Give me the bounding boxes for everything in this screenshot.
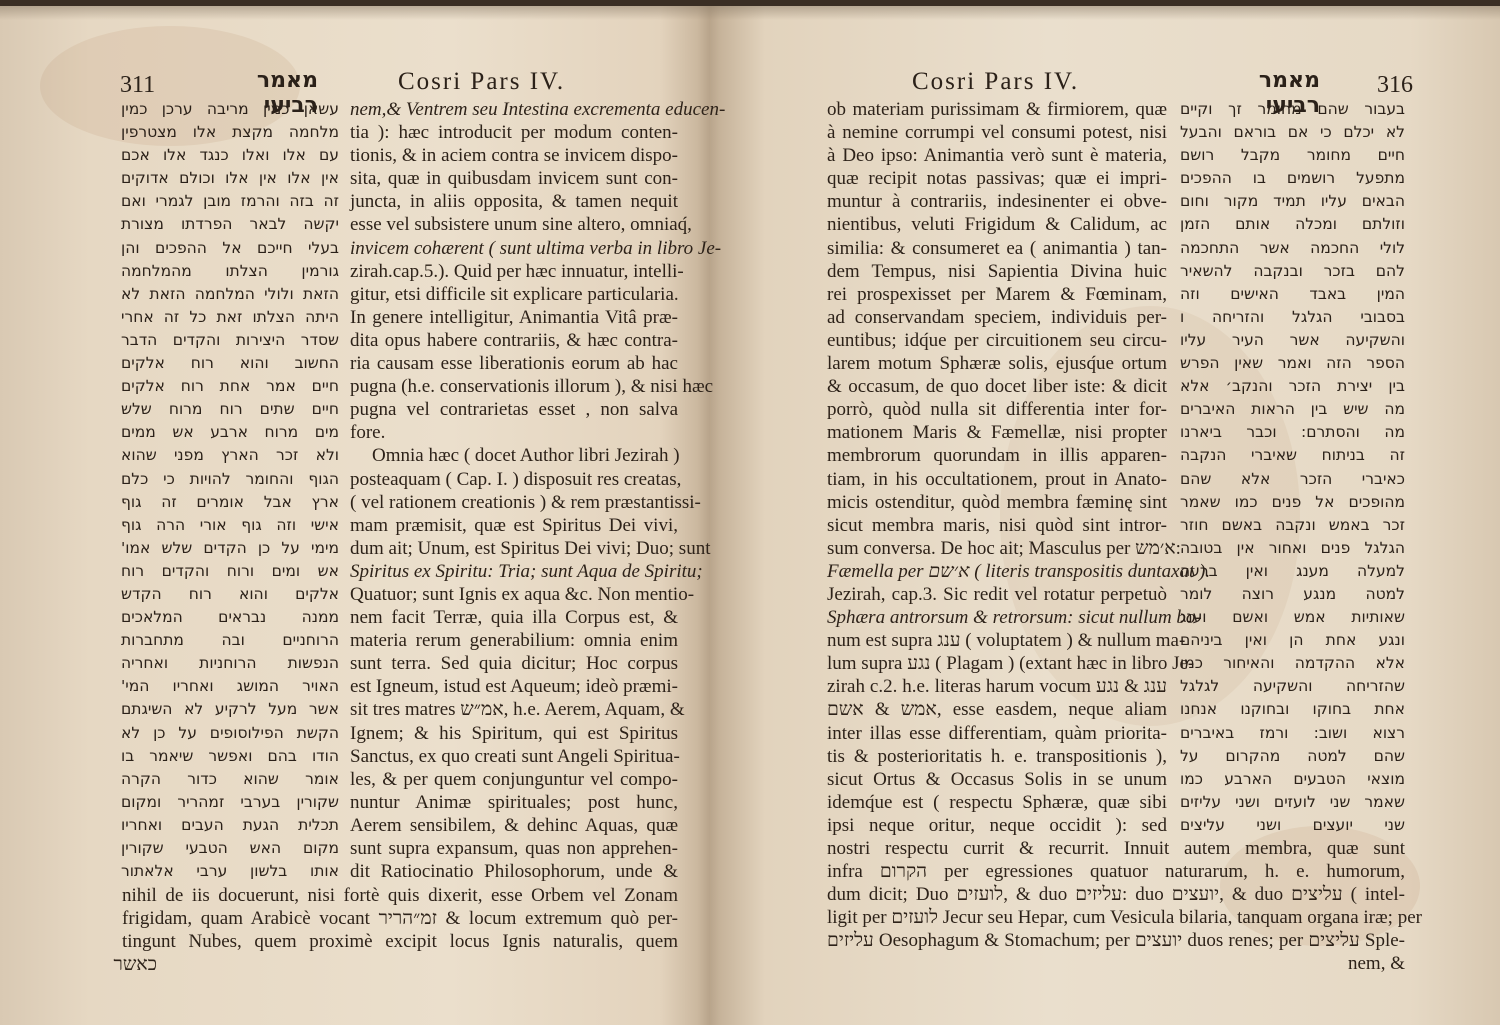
text-line: מקום האש הטבעי שקורין bbox=[121, 837, 339, 860]
text-line: Ignem; & his Spiritum, qui est Spiritus bbox=[350, 722, 678, 745]
text-line: אומר שהוא כדור הקרה bbox=[121, 768, 339, 791]
text-line: שקורין בערבי זמהריר ומקום bbox=[121, 791, 339, 814]
text-line: ria causam esse liberationis eorum ab ha… bbox=[350, 352, 678, 375]
text-line: tionis, & in aciem contra se invicem dis… bbox=[350, 144, 678, 167]
text-line: sunt terra. Sed quia dicitur; Hoc corpus bbox=[350, 652, 678, 675]
text-line: ארץ אבל אומרים זה גוף bbox=[121, 491, 339, 514]
text-line: למטה מנגע רוצה לומר bbox=[1180, 583, 1405, 606]
text-line: invicem cohærent ( sunt ultima verba in … bbox=[350, 237, 678, 260]
text-line: juncta, in aliis opposita, & tamen nequi… bbox=[350, 190, 678, 213]
text-line: מהופכים אל פנים כמו שאמר bbox=[1180, 491, 1405, 514]
text-line: וזולתם ומכלה אותם הזמן bbox=[1180, 213, 1405, 236]
text-line: Quatuor; sunt Ignis ex aqua &c. Non ment… bbox=[350, 583, 678, 606]
text-line: אמש & אשם, esse easdem, neque aliam bbox=[827, 698, 1167, 721]
text-line: micis ostenditur, quòd membra fæminę sin… bbox=[827, 491, 1167, 514]
text-line: Fæmella per א׳שם ( literis transpositis … bbox=[827, 560, 1167, 583]
text-line: הספר הזה ואמר שאין הפרש bbox=[1180, 352, 1405, 375]
text-line: אין אלו אין אלו וכולם אדוקים bbox=[121, 167, 339, 190]
text-line: pugna vel contrarietas esset , non salva bbox=[350, 398, 678, 421]
page-number: 311 bbox=[120, 72, 155, 99]
text-line: gitur, etsi difficile sit explicare part… bbox=[350, 283, 678, 306]
text-line: Sanctus, ex quo creati sunt Angeli Spiri… bbox=[350, 745, 678, 768]
right-page: Cosri Pars IV. מאמר רביעי 316 ob materia… bbox=[730, 6, 1500, 1025]
text-line: בין יצירת הזכר והנקב׳ אלא bbox=[1180, 375, 1405, 398]
text-line: Jezirah, cap.3. Sic redit vel rotatur pe… bbox=[827, 583, 1167, 606]
text-line: חיים אמר אחת רוח אלקים bbox=[121, 375, 339, 398]
text-line: שסדר היצירות והקדים הדבר bbox=[121, 329, 339, 352]
text-line: אלא ההקדמה והאיחור כמו bbox=[1180, 652, 1405, 675]
text-line: מוצאי הטבעים הארבע כמו bbox=[1180, 768, 1405, 791]
text-line: nihil de iis docuerunt, nisi fortè quis … bbox=[122, 884, 678, 907]
latin-column: nem,& Ventrem seu Intestina excrementa e… bbox=[350, 98, 678, 883]
text-line: לא יכלם כי אם בוראם והבעל bbox=[1180, 121, 1405, 144]
text-line: ligit per לועזים Jecur seu Hepar, cum Ve… bbox=[827, 906, 1405, 929]
latin-column: ob materiam purissimam & firmiorem, quæà… bbox=[827, 98, 1167, 837]
text-line: nostri respectu currit & recurrit. Innui… bbox=[827, 837, 1405, 860]
text-line: הודו בהם ואפשר שיאמר בו bbox=[121, 745, 339, 768]
text-line: החשוב והוא רוח אלקים bbox=[121, 352, 339, 375]
text-line: dem Tempus, nisi Sapientia Divina huic bbox=[827, 260, 1167, 283]
text-line: שאותיות אמש ואשם וענג bbox=[1180, 606, 1405, 629]
running-head: Cosri Pars IV. bbox=[912, 68, 1079, 96]
text-line: הגלגל פנים ואחור אין בטובה bbox=[1180, 537, 1405, 560]
text-line: זה בזה והרמז מובן לגמרי ואם bbox=[121, 190, 339, 213]
text-line: esse vel subsistere unum sine altero, om… bbox=[350, 213, 678, 236]
text-line: ונגע אחת הן ואין ביניהם bbox=[1180, 629, 1405, 652]
text-line: הגוף והחומר להויות כי כלם bbox=[121, 468, 339, 491]
text-line: dum ait; Unum, est Spiritus Dei vivi; Du… bbox=[350, 537, 678, 560]
left-page: 311 מאמר רביעי Cosri Pars IV. עשאן כמין … bbox=[0, 6, 710, 1025]
text-line: אחת בחוקו ובחוקנו אנחנו bbox=[1180, 698, 1405, 721]
text-line: אישי וזה גוף אורי הרה גוף bbox=[121, 514, 339, 537]
text-line: euntibus; idq́ue per circuitionem seu ci… bbox=[827, 329, 1167, 352]
text-line: zirah c.2. h.e. literas harum vocum ענג … bbox=[827, 675, 1167, 698]
text-line: אותו בלשון ערבי אלאתור bbox=[121, 860, 339, 883]
text-line: ממנה נבראים המלאכים bbox=[121, 606, 339, 629]
text-line: tis & posterioritatis h. e. transpositio… bbox=[827, 745, 1167, 768]
text-line: & occasum, de quo docet liber iste: & di… bbox=[827, 375, 1167, 398]
text-line: nientibus, veluti Frigidum & Calidum, ac bbox=[827, 213, 1167, 236]
text-line: אלקים והוא רוח הקדש bbox=[121, 583, 339, 606]
text-line: הרוחניים ובה מתחברות bbox=[121, 629, 339, 652]
text-line: zirah.cap.5.). Quid per hæc innuatur, in… bbox=[350, 260, 678, 283]
text-line: nem facit Terræ, quia illa Corpus est, & bbox=[350, 606, 678, 629]
text-line: frigidam, quam Arabicè vocant זמ״הריר & … bbox=[122, 907, 678, 930]
text-line: sit tres matres אמ״ש, h.e. Aerem, Aquam,… bbox=[350, 698, 678, 721]
text-line: dum dicit; Duo לועזים, & duo עליזים: duo… bbox=[827, 883, 1405, 906]
text-line: להם בזכר ובנקבה להשאיר bbox=[1180, 260, 1405, 283]
text-line: גורמין הצלתו מהמלחמה bbox=[121, 260, 339, 283]
text-line: infra הקרום per egressiones quatuor natu… bbox=[827, 860, 1405, 883]
text-line: dita opus habere contrariis, & hæc contr… bbox=[350, 329, 678, 352]
text-line: num est supra ענג ( voluptatem ) & nullu… bbox=[827, 629, 1167, 652]
text-line: ( vel rationem creationis ) & rem præsta… bbox=[350, 491, 678, 514]
hebrew-column: עשאן כמין מריבה ערכן כמיןמלחמה מקצת אלו … bbox=[121, 98, 339, 883]
text-line: הבאים עליו תמיד מקור וחום bbox=[1180, 190, 1405, 213]
text-line: nuntur Animæ spirituales; post hunc, bbox=[350, 791, 678, 814]
text-line: עשאן כמין מריבה ערכן כמין bbox=[121, 98, 339, 121]
text-line: In genere intelligitur, Animantia Vitâ p… bbox=[350, 306, 678, 329]
hebrew-column: בעבור שהם מחומר זך וקייםלא יכלם כי אם בו… bbox=[1180, 98, 1405, 837]
text-line: המין באבד האישים וזה bbox=[1180, 283, 1405, 306]
text-line: sunt supra expansum, quas non apprehen- bbox=[350, 837, 678, 860]
text-line: מלחמה מקצת אלו מצטרפין bbox=[121, 121, 339, 144]
text-line: רצוא ושוב: ורמז באיברים bbox=[1180, 722, 1405, 745]
text-line: à Deo ipso: Animantia verò sunt è materi… bbox=[827, 144, 1167, 167]
page-number: 316 bbox=[1377, 72, 1413, 99]
text-line: muntur à contrariis, indesinenter ei obv… bbox=[827, 190, 1167, 213]
text-line: ולא זכר הארץ מפני שהוא bbox=[121, 444, 339, 467]
running-head: Cosri Pars IV. bbox=[398, 68, 565, 96]
text-line: מים מרוח ארבע אש ממים bbox=[121, 421, 339, 444]
text-line: nem, & bbox=[827, 952, 1405, 975]
text-line: ob materiam purissimam & firmiorem, quæ bbox=[827, 98, 1167, 121]
text-line: quæ recipit notas passivas; quæ ei impri… bbox=[827, 167, 1167, 190]
text-line: dit Ratiocinatio Philosophorum, unde & bbox=[350, 860, 678, 883]
text-line: חיים שתים רוח מרוח שלש bbox=[121, 398, 339, 421]
text-line: Aerem sensibilem, & dehinc Aquas, quæ bbox=[350, 814, 678, 837]
text-line: שאמר שני לועזים ושני עליזים bbox=[1180, 791, 1405, 814]
text-line: fore. bbox=[350, 421, 678, 444]
text-line: האויר המושג ואחריו המי' bbox=[121, 675, 339, 698]
full-width-text: nostri respectu currit & recurrit. Innui… bbox=[827, 837, 1405, 976]
text-line: Spiritus ex Spiritu: Tria; sunt Aqua de … bbox=[350, 560, 678, 583]
text-line: מה והסתרם: וכבר ביארנו bbox=[1180, 421, 1405, 444]
text-line: עם אלו ואלו כנגד אלו אכם bbox=[121, 144, 339, 167]
text-line: היתה הצלתו זאת כל זה אחרי bbox=[121, 306, 339, 329]
text-line: תכלית הגעת העבים ואחריו bbox=[121, 814, 339, 837]
text-line: nem,& Ventrem seu Intestina excrementa e… bbox=[350, 98, 678, 121]
text-line: les, & per quem conjunguntur vel compo- bbox=[350, 768, 678, 791]
text-line: בעלי חייכם אל ההפכים והן bbox=[121, 237, 339, 260]
text-line: sicut Ortus & Occasus Solis in se unum bbox=[827, 768, 1167, 791]
text-line: אשר מעל לרקיע לא השיגתם bbox=[121, 698, 339, 721]
text-line: posteaquam ( Cap. I. ) disposuit res cre… bbox=[350, 468, 678, 491]
text-line: tingunt Nubes, quem proximè excipit locu… bbox=[122, 930, 678, 953]
text-line: materia rerum generabilium: omnia enim bbox=[350, 629, 678, 652]
text-line: לולי החכמה אשר התחכמה bbox=[1180, 237, 1405, 260]
text-line: larem motum Sphæræ solis, ejusq́ue ortum bbox=[827, 352, 1167, 375]
text-line: ipsi neque oritur, neque occidit ): sed bbox=[827, 814, 1167, 837]
text-line: mam præmisit, quæ est Spiritus Dei vivi, bbox=[350, 514, 678, 537]
text-line: porrò, quòd nulla sit differentia inter … bbox=[827, 398, 1167, 421]
text-line: הנפשות הרוחניות ואחריה bbox=[121, 652, 339, 675]
text-line: הקשת הפילוסופים על כן לא bbox=[121, 722, 339, 745]
text-line: Omnia hæc ( docet Author libri Jezirah ) bbox=[350, 444, 678, 467]
text-line: rei prospexisset per Marem & Fœminam, bbox=[827, 283, 1167, 306]
text-line: הזאת ולולי המלחמה הזאת לא bbox=[121, 283, 339, 306]
text-line: כאיברי הזכר אלא שהם bbox=[1180, 468, 1405, 491]
text-line: à nemine corrumpi vel consumi potest, ni… bbox=[827, 121, 1167, 144]
text-line: similia: & consumeret ea ( animantia ) t… bbox=[827, 237, 1167, 260]
text-line: est Igneum, istud est Aqueum; ideò præmi… bbox=[350, 675, 678, 698]
text-line: pugna (h.e. conservationis illorum ), & … bbox=[350, 375, 678, 398]
text-line: sum conversa. De hoc ait; Masculus per א… bbox=[827, 537, 1167, 560]
text-line: inter illas esse differentiam, quàm prio… bbox=[827, 722, 1167, 745]
text-line: sita, quæ in quibusdam invicem sunt con- bbox=[350, 167, 678, 190]
text-line: עליזים Oesophagum & Stomachum; per יועצי… bbox=[827, 929, 1405, 952]
full-width-text: nihil de iis docuerunt, nisi fortè quis … bbox=[122, 884, 678, 976]
text-line: מה שיש בין הראות האיברים bbox=[1180, 398, 1405, 421]
text-line: בעבור שהם מחומר זך וקיים bbox=[1180, 98, 1405, 121]
text-line: חיים מחומר מקבל רושם bbox=[1180, 144, 1405, 167]
text-line: idemq́ue est ( respectu Sphæræ, quæ sibi bbox=[827, 791, 1167, 814]
text-line: ad conservandam speciem, individuis per- bbox=[827, 306, 1167, 329]
text-line: מימי על כן הקדים שלש אמו' bbox=[121, 537, 339, 560]
text-line: אש ומים ורוח והקדים רוח bbox=[121, 560, 339, 583]
text-line: בסבובי הגלגל והזריחה ו bbox=[1180, 306, 1405, 329]
text-line: tia ): hæc introducit per modum conten- bbox=[350, 121, 678, 144]
text-line: sicut membra maris, nisi quòd sint intro… bbox=[827, 514, 1167, 537]
text-line: שני יועצים ושני עליצים bbox=[1180, 814, 1405, 837]
text-line: זה בניתוח שאיברי הנקבה bbox=[1180, 444, 1405, 467]
text-line: membrorum quorundam in illis apparen- bbox=[827, 444, 1167, 467]
text-line: lum supra נגע ( Plagam ) (extant hæc in … bbox=[827, 652, 1167, 675]
text-line: מתפעל רושמים בו ההפכים bbox=[1180, 167, 1405, 190]
book-spread: 311 מאמר רביעי Cosri Pars IV. עשאן כמין … bbox=[0, 6, 1500, 1025]
text-line: mationem Maris & Fæmellæ, nisi propter bbox=[827, 421, 1167, 444]
text-line: שהם למטה מהקרום על bbox=[1180, 745, 1405, 768]
text-line: יקשה לבאר הפרדתו מצורת bbox=[121, 213, 339, 236]
text-line: זכר באמש ונקבה באשם חוזר bbox=[1180, 514, 1405, 537]
text-line: למעלה מענג ואין ברעה bbox=[1180, 560, 1405, 583]
text-line: והשקיעה אשר העיר עליו bbox=[1180, 329, 1405, 352]
text-line: שהזריחה והשקיעה לגלגל bbox=[1180, 675, 1405, 698]
text-line: כאשר bbox=[122, 953, 157, 976]
text-line: Sphæra antrorsum & retrorsum: sicut null… bbox=[827, 606, 1167, 629]
text-line: tiam, in his occultationem, prout in Ana… bbox=[827, 468, 1167, 491]
